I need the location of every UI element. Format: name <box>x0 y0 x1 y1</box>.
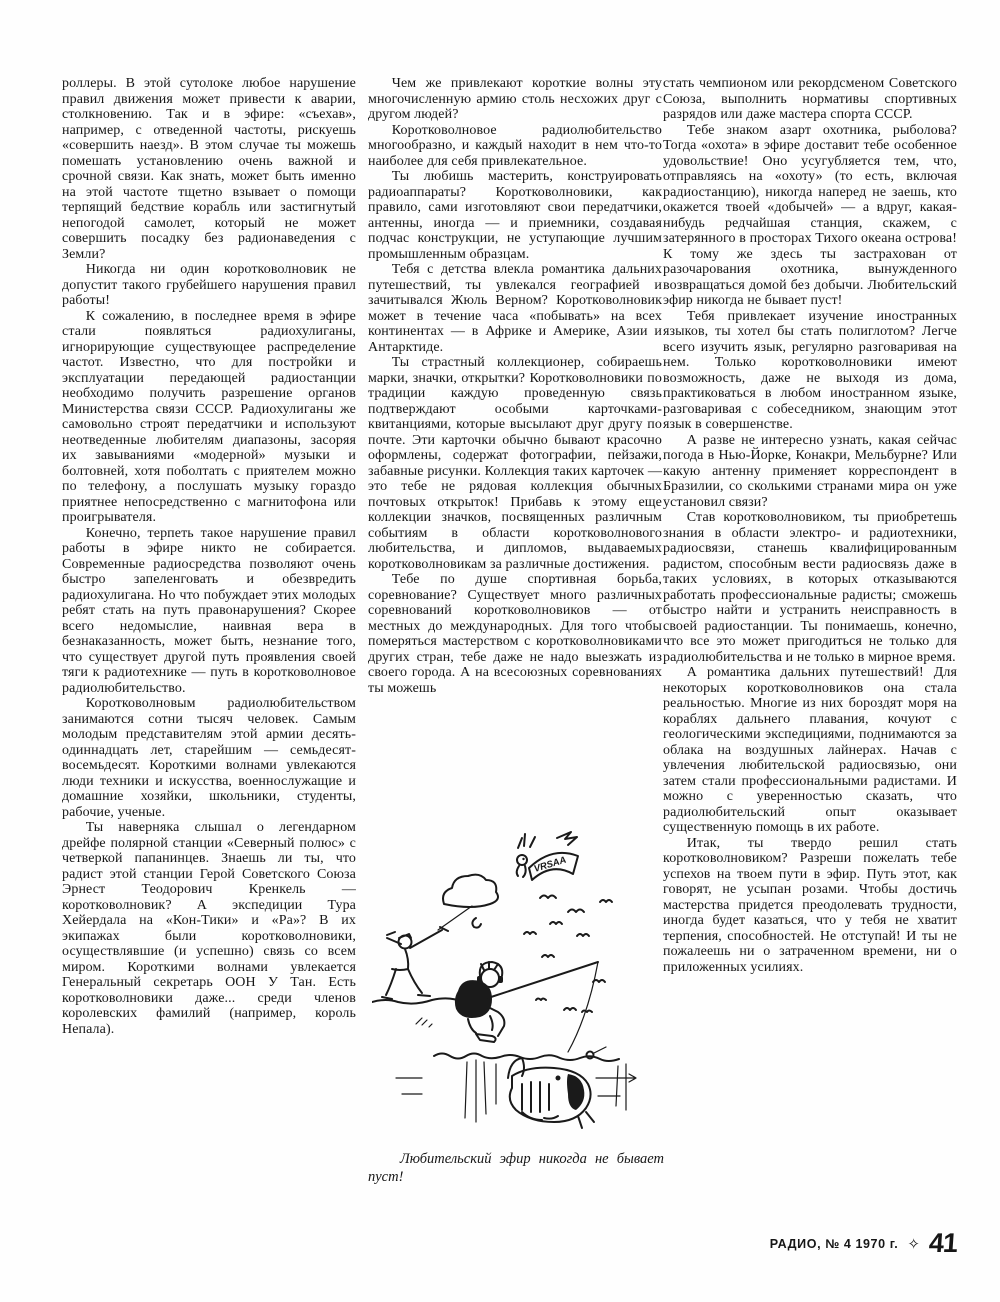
fishing-rod <box>488 962 598 998</box>
paragraph: Тебя привлекает изучение иностранных язы… <box>663 309 957 433</box>
journal-issue-label: РАДИО, № 4 1970 г. <box>770 1237 899 1251</box>
paragraph: А романтика дальних путешествий! Для нек… <box>663 665 957 836</box>
illustration-caption: Любительский эфир никогда не бывает пуст… <box>368 1150 664 1186</box>
water-line <box>434 1054 619 1062</box>
big-fish <box>508 1058 594 1128</box>
paragraph: стать чемпионом или рекордсменом Советск… <box>663 76 957 123</box>
cloud <box>443 875 498 907</box>
paragraph: Коротковолновое радиолюбительство многоо… <box>368 123 662 170</box>
paragraph: Став коротковолновиком, ты приобретешь з… <box>663 510 957 665</box>
column-right: стать чемпионом или рекордсменом Советск… <box>663 76 957 975</box>
diamond-icon: ✧ <box>907 1235 920 1253</box>
column-middle: Чем же привлекают короткие волны эту мно… <box>368 76 662 696</box>
paragraph: Тебе по душе спортивная борьба, соревнов… <box>368 572 662 696</box>
banner-bird: VRSAA <box>517 832 578 880</box>
fisherman <box>455 962 503 1042</box>
paragraph: Ты наверняка слышал о легендарном дрейфе… <box>62 820 356 1037</box>
paragraph: А разве не интересно узнать, какая сейча… <box>663 433 957 511</box>
paragraph: Тебя с детства влекла романтика дальних … <box>368 262 662 355</box>
paragraph: Итак, ты твердо решил стать коротковолно… <box>663 836 957 976</box>
cartoon-illustration: VRSAA <box>372 826 659 1144</box>
smoke-puff <box>472 918 481 928</box>
page-footer: РАДИО, № 4 1970 г. ✧ 41 <box>663 1228 957 1259</box>
paragraph: роллеры. В этой сутолоке любое нарушение… <box>62 76 356 262</box>
paragraph: Тебе знаком азарт охотника, рыболова? То… <box>663 123 957 309</box>
grass-tuft <box>416 1018 432 1027</box>
paragraph: Никогда ни один коротковолновик не допус… <box>62 262 356 309</box>
shot-trace <box>438 906 472 930</box>
paragraph: К сожалению, в последнее время в эфире с… <box>62 309 356 526</box>
flying-birds <box>524 896 612 1013</box>
magazine-page: роллеры. В этой сутолоке любое нарушение… <box>0 0 1000 1302</box>
bird-banner-callsign: VRSAA <box>533 855 568 875</box>
reeds <box>465 1060 626 1122</box>
column-left: роллеры. В этой сутолоке любое нарушение… <box>62 76 356 1037</box>
page-number: 41 <box>928 1228 958 1259</box>
fishing-line <box>568 962 598 1052</box>
paragraph: Коротковолновым радиолюбительством заним… <box>62 696 356 820</box>
paragraph: Чем же привлекают короткие волны эту мно… <box>368 76 662 123</box>
paragraph: Конечно, терпеть такое нарушение правил … <box>62 526 356 697</box>
hunter <box>382 927 448 999</box>
paragraph: Ты любишь мастерить, конструировать ради… <box>368 169 662 262</box>
water-marks <box>396 1074 636 1096</box>
paragraph: Ты страстный коллекционер, собираешь мар… <box>368 355 662 572</box>
